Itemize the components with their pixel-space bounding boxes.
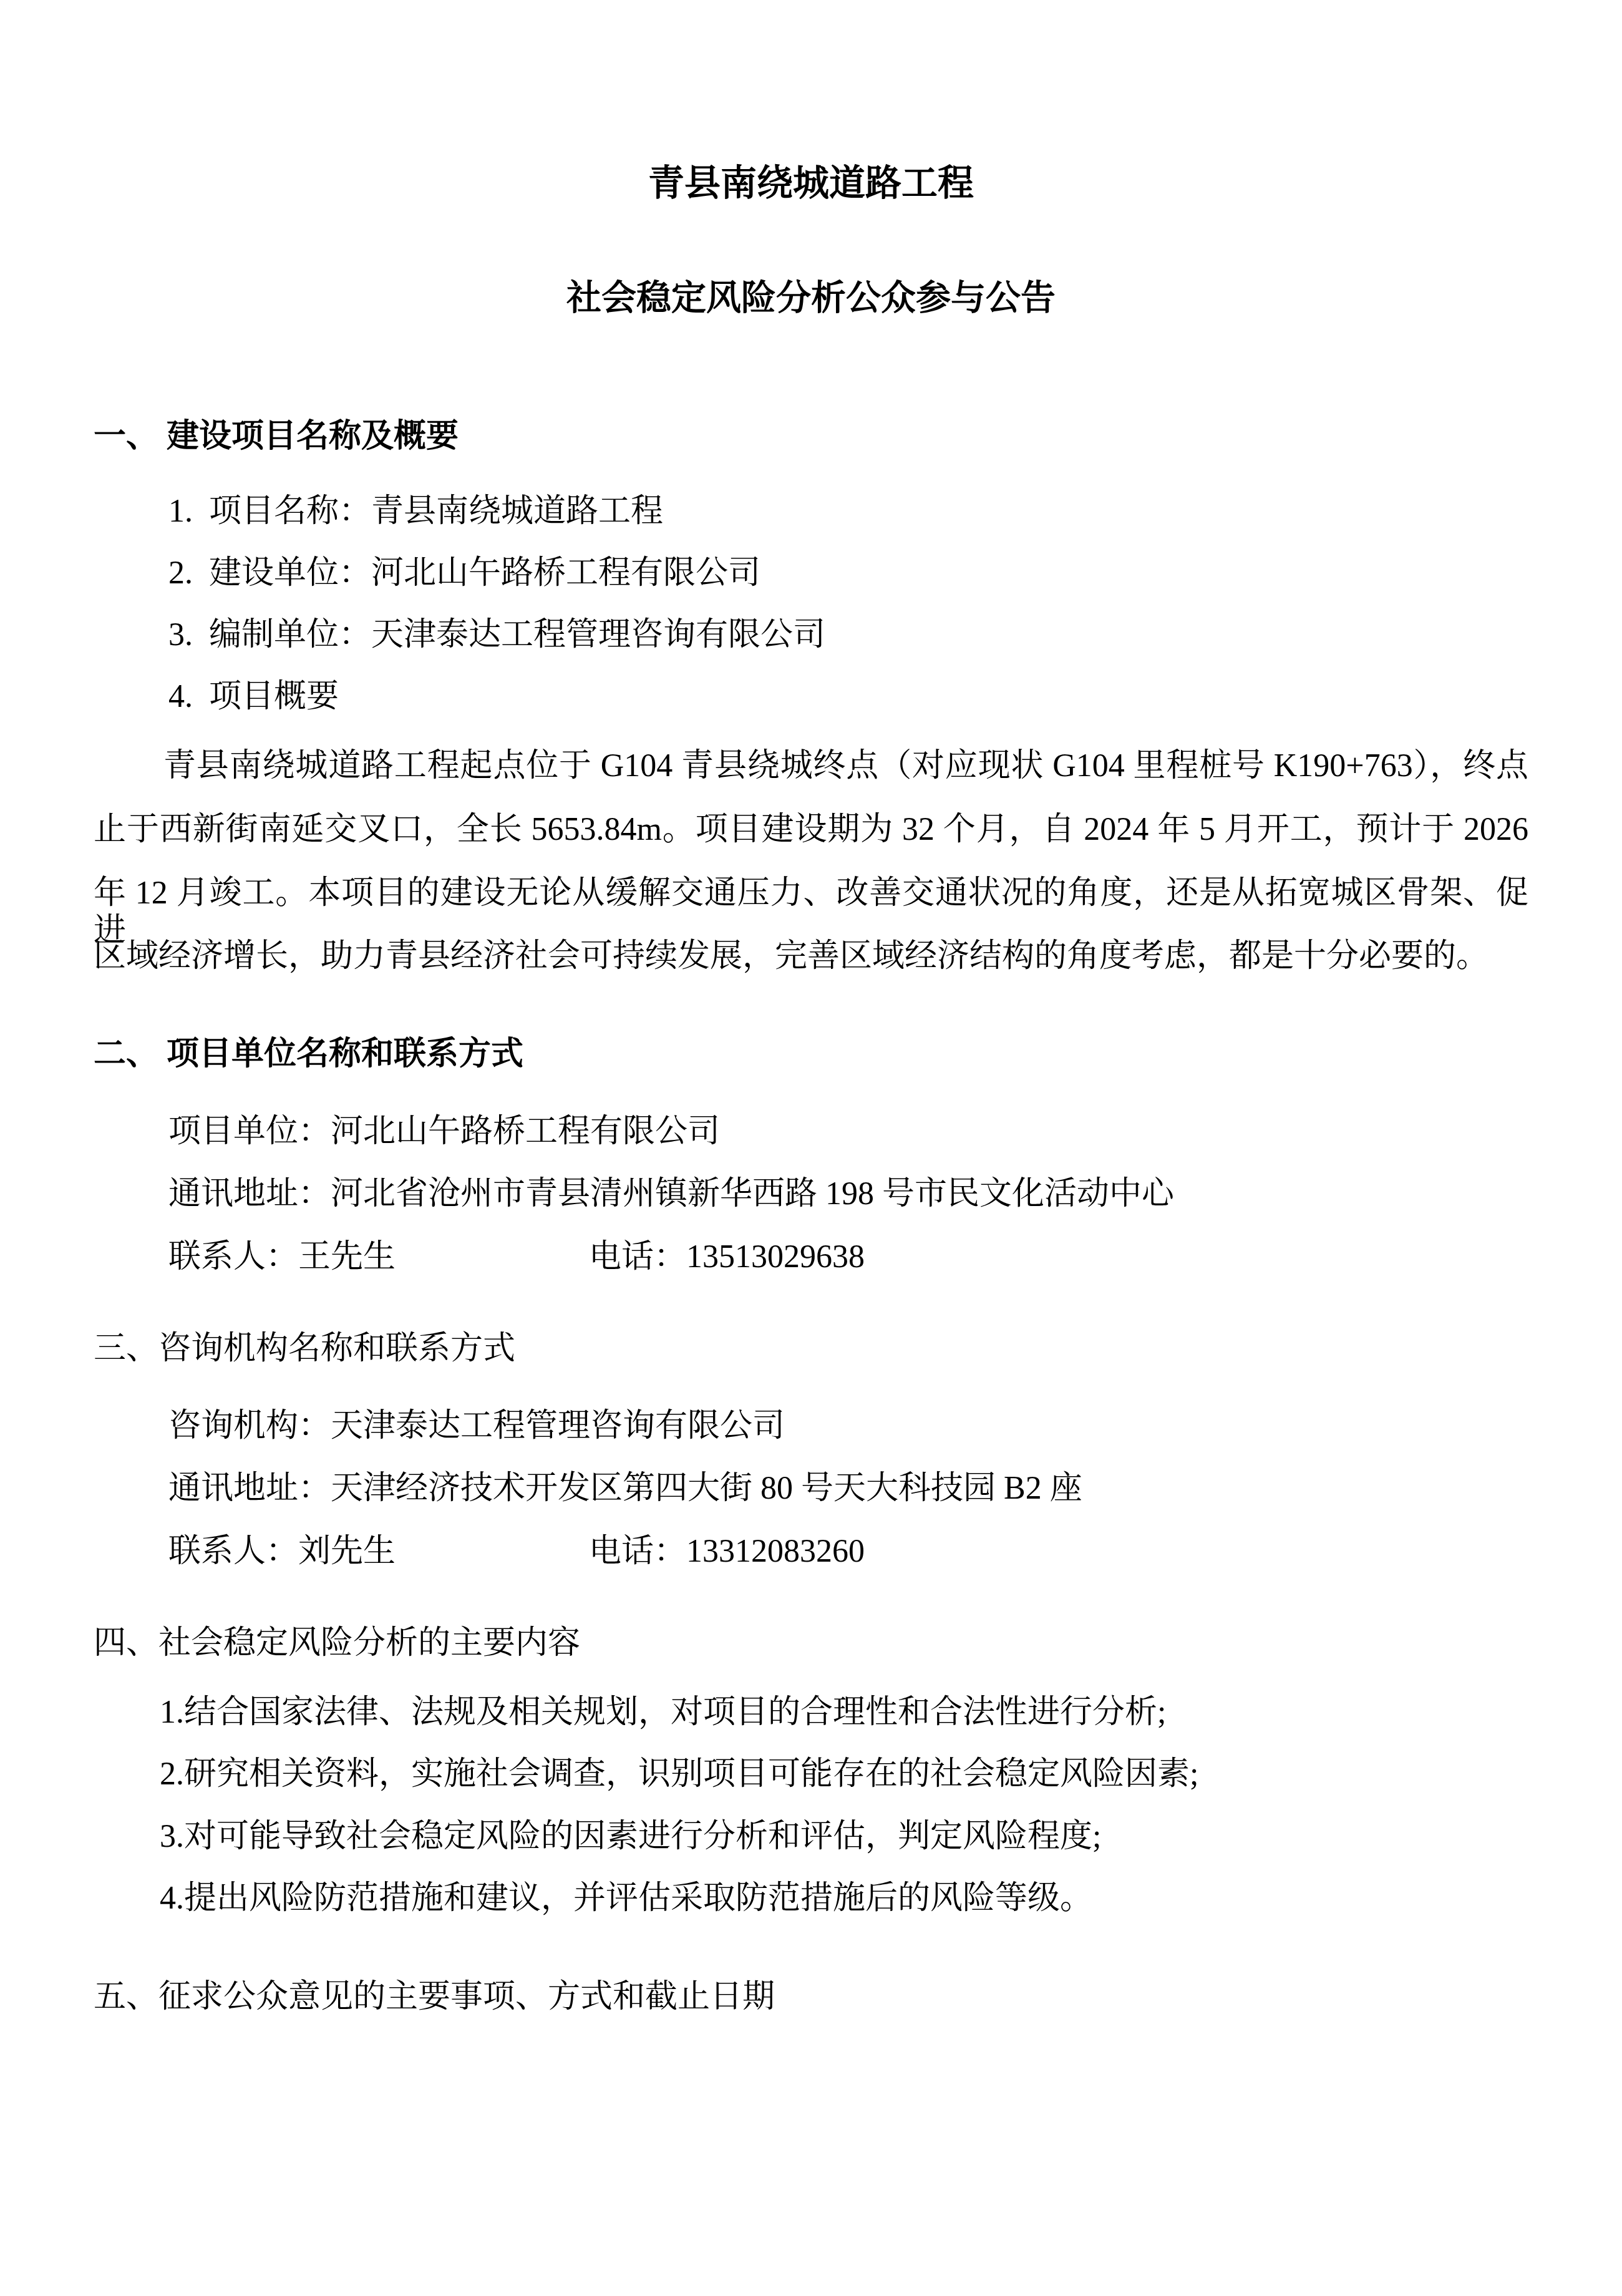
consultant-contact-phone: 电话：13312083260 [589, 1533, 865, 1570]
analysis-item-1: 1.结合国家法律、法规及相关规划，对项目的合理性和合法性进行分析; [160, 1694, 1166, 1731]
section-1-item-construction-unit: 2. 建设单位：河北山午路桥工程有限公司 [168, 555, 760, 592]
announcement-page: 青县南绕城道路工程 社会稳定风险分析公众参与公告 一、 建设项目名称及概要 1.… [0, 0, 1622, 2296]
consultant-contact-person: 联系人：刘先生 [168, 1533, 396, 1570]
project-unit-contact-phone: 电话：13513029638 [589, 1238, 865, 1276]
project-summary-line-4: 区域经济增长，助力青县经济社会可持续发展，完善区域经济结构的角度考虑，都是十分必… [94, 938, 1528, 975]
page-content: 青县南绕城道路工程 社会稳定风险分析公众参与公告 一、 建设项目名称及概要 1.… [94, 0, 1528, 2296]
document-title: 青县南绕城道路工程 [94, 165, 1528, 202]
document-subtitle: 社会稳定风险分析公众参与公告 [94, 280, 1528, 317]
analysis-item-3: 3.对可能导致社会稳定风险的因素进行分析和评估，判定风险程度; [160, 1818, 1101, 1856]
project-unit-line: 项目单位：河北山午路桥工程有限公司 [168, 1113, 720, 1150]
analysis-item-2: 2.研究相关资料，实施社会调查，识别项目可能存在的社会稳定风险因素; [160, 1756, 1198, 1793]
section-1-item-project-overview: 4. 项目概要 [168, 678, 339, 716]
project-unit-address-line: 通讯地址：河北省沧州市青县清州镇新华西路 198 号市民文化活动中心 [168, 1175, 1174, 1213]
section-5-heading: 五、征求公众意见的主要事项、方式和截止日期 [94, 1978, 775, 2016]
analysis-item-4: 4.提出风险防范措施和建议，并评估采取防范措施后的风险等级。 [160, 1880, 1092, 1917]
project-unit-contact-person: 联系人：王先生 [168, 1238, 396, 1276]
project-summary-line-2: 止于西新街南延交叉口，全长 5653.84m。项目建设期为 32 个月，自 20… [94, 811, 1528, 849]
section-3-heading: 三、咨询机构名称和联系方式 [94, 1330, 515, 1368]
consultant-unit-line: 咨询机构：天津泰达工程管理咨询有限公司 [168, 1408, 785, 1445]
project-summary-line-1: 青县南绕城道路工程起点位于 G104 青县绕城终点（对应现状 G104 里程桩号… [94, 747, 1528, 785]
section-4-heading: 四、社会稳定风险分析的主要内容 [94, 1625, 580, 1662]
section-1-item-project-name: 1. 项目名称：青县南绕城道路工程 [168, 493, 663, 530]
consultant-address-line: 通讯地址：天津经济技术开发区第四大街 80 号天大科技园 B2 座 [168, 1470, 1082, 1507]
section-2-heading: 二、 项目单位名称和联系方式 [94, 1036, 523, 1073]
section-1-item-compilation-unit: 3. 编制单位：天津泰达工程管理咨询有限公司 [168, 616, 825, 654]
section-1-heading: 一、 建设项目名称及概要 [94, 418, 459, 455]
